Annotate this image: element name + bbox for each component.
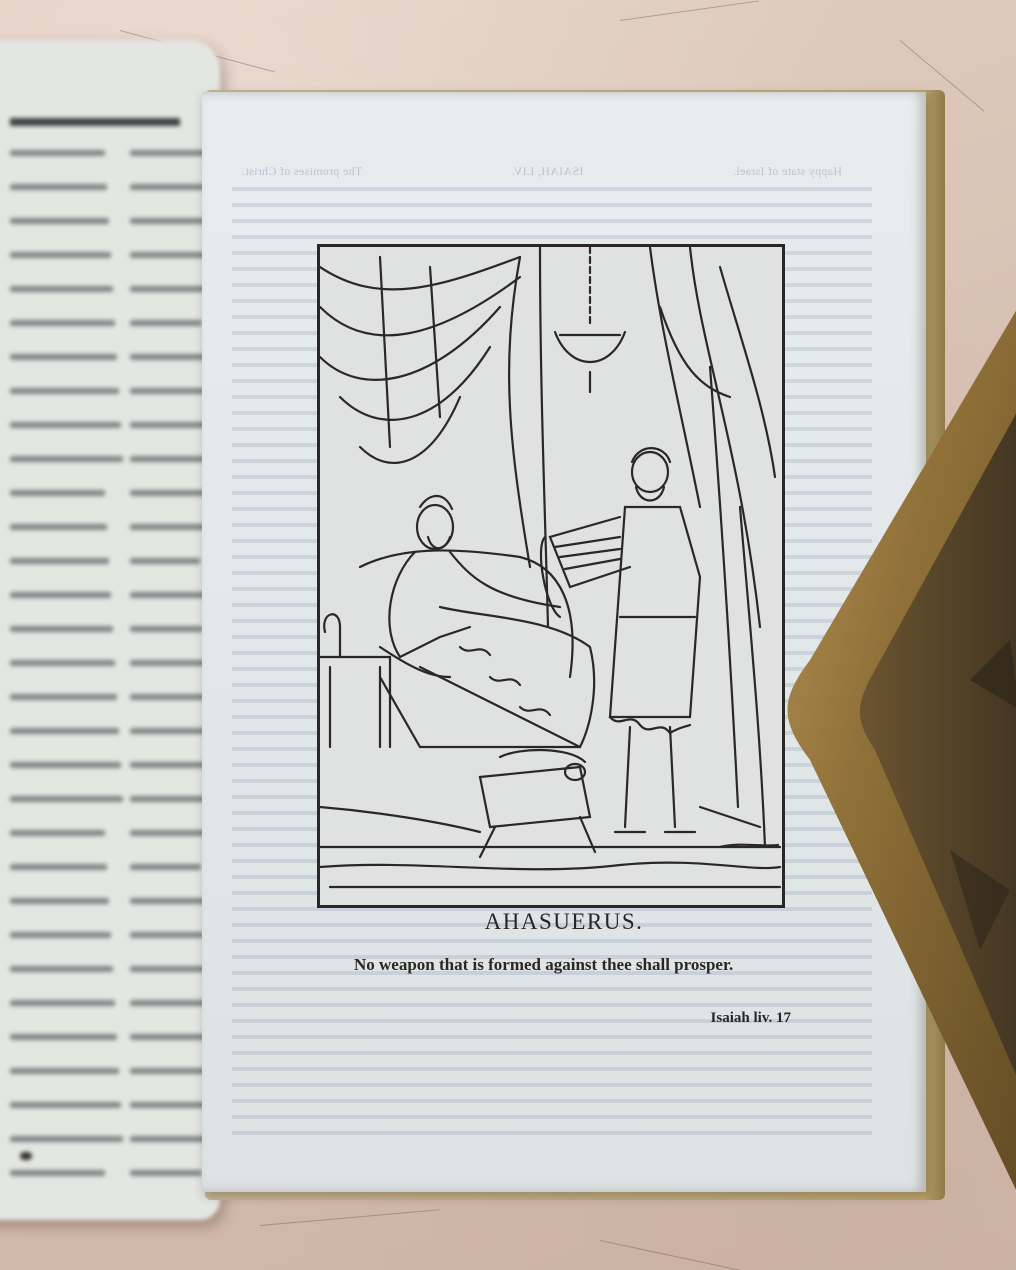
bleed-through-line: [232, 1067, 872, 1071]
blurred-text-line: [10, 1068, 119, 1074]
blurred-text-line: [10, 422, 121, 428]
blurred-text-line: [10, 592, 111, 598]
blurred-text-line: [130, 830, 212, 836]
blurred-text-line: [10, 184, 107, 190]
blurred-text-line: [10, 796, 123, 802]
blurred-text-line: [130, 1068, 210, 1074]
paper-fiber: [600, 1240, 757, 1270]
bleed-through-line: [232, 1003, 872, 1007]
blurred-text-line: [130, 1170, 202, 1176]
blurred-text-line: [10, 660, 115, 666]
blurred-text-line: [130, 932, 204, 938]
blurred-text-line: [10, 320, 115, 326]
bleed-through-line: [232, 219, 872, 223]
blurred-text-line: [130, 150, 207, 156]
blurred-text-line: [10, 1000, 115, 1006]
blurred-text-line: [130, 626, 203, 632]
blurred-text-line: [10, 762, 121, 768]
blurred-text-line: [10, 354, 117, 360]
blurred-text-line: [10, 218, 109, 224]
bleed-through-line: [232, 203, 872, 207]
left-page-header: [10, 118, 180, 126]
ahasuerus-woodcut: [320, 247, 782, 905]
blurred-text-line: [10, 150, 105, 156]
blurred-text-line: [10, 1034, 117, 1040]
scripture-reference: Isaiah liv. 17: [711, 1010, 791, 1027]
blurred-text-line: [130, 524, 211, 530]
bleed-through-line: [232, 235, 872, 239]
blurred-text-line: [10, 898, 109, 904]
blurred-text-line: [130, 456, 208, 462]
blurred-text-line: [10, 1170, 105, 1176]
bleed-header-center: ISAIAH, LIV.: [512, 164, 584, 179]
bleed-through-line: [232, 1035, 872, 1039]
blurred-text-line: [130, 558, 200, 564]
blurred-text-line: [10, 694, 117, 700]
blurred-text-line: [10, 456, 123, 462]
blurred-text-line: [10, 252, 111, 258]
blurred-text-line: [130, 694, 206, 700]
bleed-header-left: Happy state of Israel.: [733, 164, 842, 179]
blurred-text-line: [10, 286, 113, 292]
blurred-text-line: [10, 1102, 121, 1108]
blurred-text-line: [10, 728, 119, 734]
left-page-blurred: [0, 40, 220, 1220]
blurred-text-line: [10, 558, 109, 564]
paper-fiber: [620, 1, 759, 21]
blurred-text-line: [130, 320, 202, 326]
blurred-text-line: [10, 1136, 123, 1142]
paper-fiber: [260, 1209, 439, 1226]
woodcut-illustration: [317, 244, 785, 908]
bleed-through-line: [232, 187, 872, 191]
blurred-text-line: [10, 388, 119, 394]
scripture-verse: No weapon that is formed against thee sh…: [332, 950, 792, 980]
bleed-through-line: [232, 1099, 872, 1103]
blurred-text-line: [130, 1000, 207, 1006]
blurred-text-line: [130, 218, 210, 224]
bleed-through-line: [232, 939, 872, 943]
blurred-text-line: [130, 762, 209, 768]
blurred-text-line: [10, 864, 107, 870]
blurred-text-line: [130, 864, 201, 870]
brass-tray: [780, 250, 1016, 1250]
blurred-text-line: [10, 626, 113, 632]
blurred-text-line: [10, 490, 105, 496]
left-page-number: [20, 1152, 32, 1160]
blurred-text-line: [10, 524, 107, 530]
blurred-text-line: [10, 932, 111, 938]
blurred-text-line: [10, 830, 105, 836]
bleed-through-line: [232, 1131, 872, 1135]
bleed-through-line: [232, 1115, 872, 1119]
blurred-text-line: [130, 1136, 213, 1142]
blurred-text-line: [10, 966, 113, 972]
bleed-through-line: [232, 1083, 872, 1087]
bleed-through-header: Happy state of Israel. ISAIAH, LIV. The …: [242, 164, 842, 179]
blurred-text-line: [130, 388, 205, 394]
bleed-header-right: The promises of Christ.: [242, 164, 362, 179]
bleed-through-line: [232, 1051, 872, 1055]
blurred-text-line: [130, 286, 213, 292]
bleed-through-line: [232, 987, 872, 991]
